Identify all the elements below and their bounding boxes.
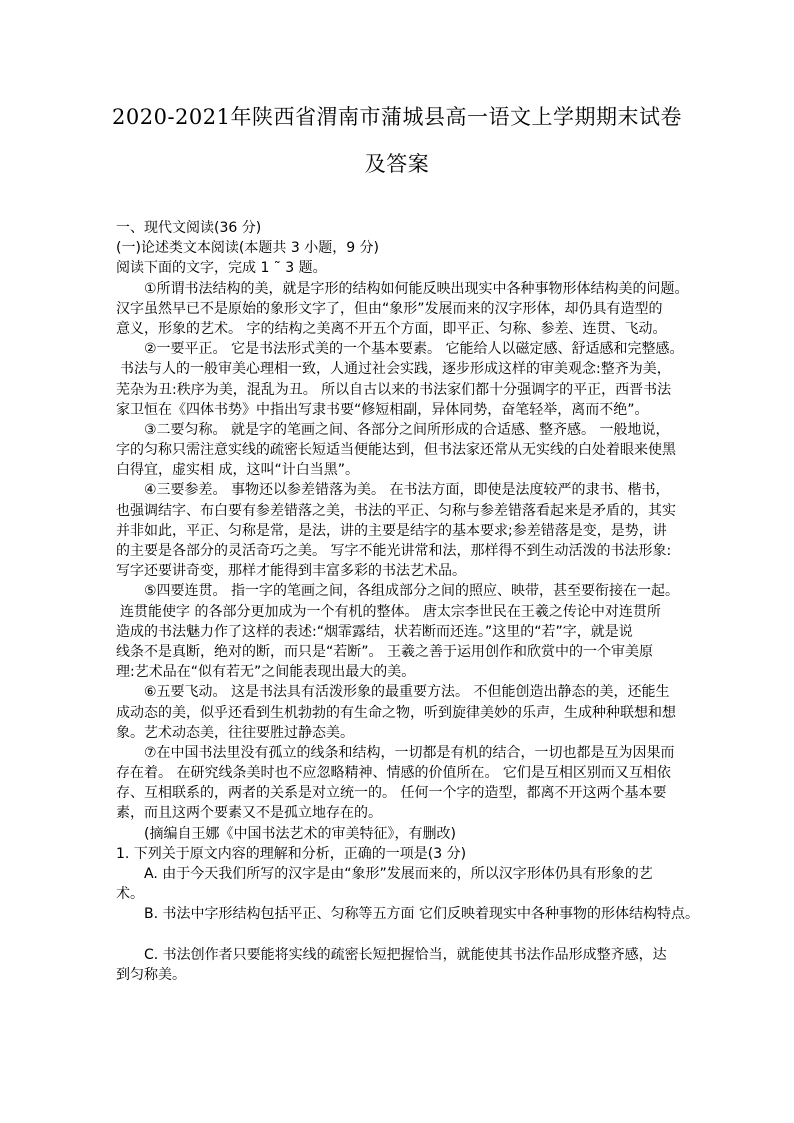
passage-line: 字的匀称只需注意实线的疏密长短适当便能达到，但书法家还常从无实线的白处着眼来使黑	[116, 440, 702, 460]
passage-line: 汉字虽然早已不是原始的象形文字了，但由“象形”发展而来的汉字形体，却仍具有造型的	[116, 299, 702, 319]
document-title-line2: 及答案	[0, 148, 794, 178]
section-heading: 一、现代文阅读(36 分)	[116, 218, 702, 238]
passage-line: 连贯能使字 的各部分更加成为一个有机的整体。 唐太宗李世民在王羲之传论中对连贯所	[116, 602, 702, 622]
document-page: 2020-2021年陕西省渭南市蒲城县高一语文上学期期末试卷 及答案 一、现代文…	[0, 0, 794, 1123]
passage-line: 造成的书法魅力作了这样的表述:“烟霏露结，状若断而还连。”这里的“若”字，就是说	[116, 622, 702, 642]
passage-line: 理:艺术品在“似有若无”之间能表现出最大的美。	[116, 662, 702, 682]
passage-line: 也强调结字、布白要有参差错落之美，书法的平正、匀称与参差错落看起来是矛盾的，其实	[116, 501, 702, 521]
passage-line: ②一要平正。 它是书法形式美的一个基本要素。 它能给人以磁定感、舒适感和完整感。	[116, 339, 702, 359]
passage-line: 写字还要讲奇变，那样才能得到丰富多彩的书法艺术品。	[116, 561, 702, 581]
passage-line: ⑤四要连贯。 指一字的笔画之间，各组成部分之间的照应、映带，甚至要衔接在一起。	[116, 581, 702, 601]
question-1-option-a-cont: 术。	[116, 884, 702, 904]
document-body: 一、现代文阅读(36 分) (一)论述类文本阅读(本题共 3 小题，9 分) 阅…	[116, 218, 702, 985]
passage-line: 素，而且这两个要素又不是孤立地存在的。	[116, 803, 702, 823]
passage-line: 家卫恒在《四体书势》中指出写隶书要“修短相副，异体同势，奋笔轻举，离而不绝”。	[116, 400, 702, 420]
passage-line: 芜杂为丑:秩序为美，混乱为丑。 所以自古以来的书法家们都十分强调字的平正，西晋书…	[116, 380, 702, 400]
passage-line: 存在着。 在研究线条美时也不应忽略精神、情感的价值所在。 它们是互相区别而又互相…	[116, 763, 702, 783]
passage-line: ⑥五要飞动。 这是书法具有活泼形象的最重要方法。 不但能创造出静态的美，还能生	[116, 682, 702, 702]
passage-line: (摘编自王娜《中国书法艺术的审美特征》，有删改)	[116, 824, 702, 844]
question-1-stem: 1. 下列关于原文内容的理解和分析，正确的一项是(3 分)	[116, 844, 702, 864]
passage-line: 线条不是真断，绝对的断，而只是“若断”。 王羲之善于运用创作和欣赏中的一个审美原	[116, 642, 702, 662]
passage-line: 白得宜，虚实相 成，这叫“计白当黑”。	[116, 460, 702, 480]
passage-line: ①所谓书法结构的美，就是字形的结构如何能反映出现实中各种事物形体结构美的问题。	[116, 279, 702, 299]
passage-line: 并非如此，平正、匀称是常，是法，讲的主要是结字的基本要求;参差错落是变，是势，讲	[116, 521, 702, 541]
passage-line: 的主要是各部分的灵活奇巧之美。 写字不能光讲常和法，那样得不到生动活泼的书法形象…	[116, 541, 702, 561]
question-1-option-b: B. 书法中字形结构包括平正、匀称等五方面 它们反映着现实中各种事物的形体结构特…	[116, 904, 702, 924]
blank-line	[116, 925, 702, 945]
section-subheading: (一)论述类文本阅读(本题共 3 小题，9 分)	[116, 238, 702, 258]
passage-line: ④三要参差。 事物还以参差错落为美。 在书法方面，即使是法度较严的隶书、楷书，	[116, 480, 702, 500]
passage-line: ⑦在中国书法里没有孤立的线条和结构，一切都是有机的结合，一切也都是互为因果而	[116, 743, 702, 763]
passage: ①所谓书法结构的美，就是字形的结构如何能反映出现实中各种事物形体结构美的问题。汉…	[116, 279, 702, 844]
passage-line: 象。艺术动态美，往往要胜过静态美。	[116, 723, 702, 743]
question-1-option-a: A. 由于今天我们所写的汉字是由“象形”发展而来的，所以汉字形体仍具有形象的艺	[116, 864, 702, 884]
document-title-line1: 2020-2021年陕西省渭南市蒲城县高一语文上学期期末试卷	[0, 101, 794, 131]
passage-line: ③二要匀称。 就是字的笔画之间、各部分之间所形成的合适感、整齐感。 一般地说，	[116, 420, 702, 440]
question-1-option-c: C. 书法创作者只要能将实线的疏密长短把握恰当，就能使其书法作品形成整齐感，达	[116, 945, 702, 965]
reading-instruction: 阅读下面的文字，完成 1 ˜ 3 题。	[116, 258, 702, 278]
passage-line: 意义，形象的艺术。 字的结构之美离不开五个方面，即平正、匀称、参差、连贯、飞动。	[116, 319, 702, 339]
passage-line: 书法与人的一般审美心理相一致，人通过社会实践，逐步形成这样的审美观念:整齐为美，	[116, 359, 702, 379]
passage-line: 成动态的美，似乎还看到生机勃勃的有生命之物，听到旋律美妙的乐声，生成种种联想和想	[116, 703, 702, 723]
passage-line: 存、互相联系的，两者的关系是对立统一的。 任何一个字的造型，都离不开这两个基本要	[116, 783, 702, 803]
question-1-option-c-cont: 到匀称美。	[116, 965, 702, 985]
